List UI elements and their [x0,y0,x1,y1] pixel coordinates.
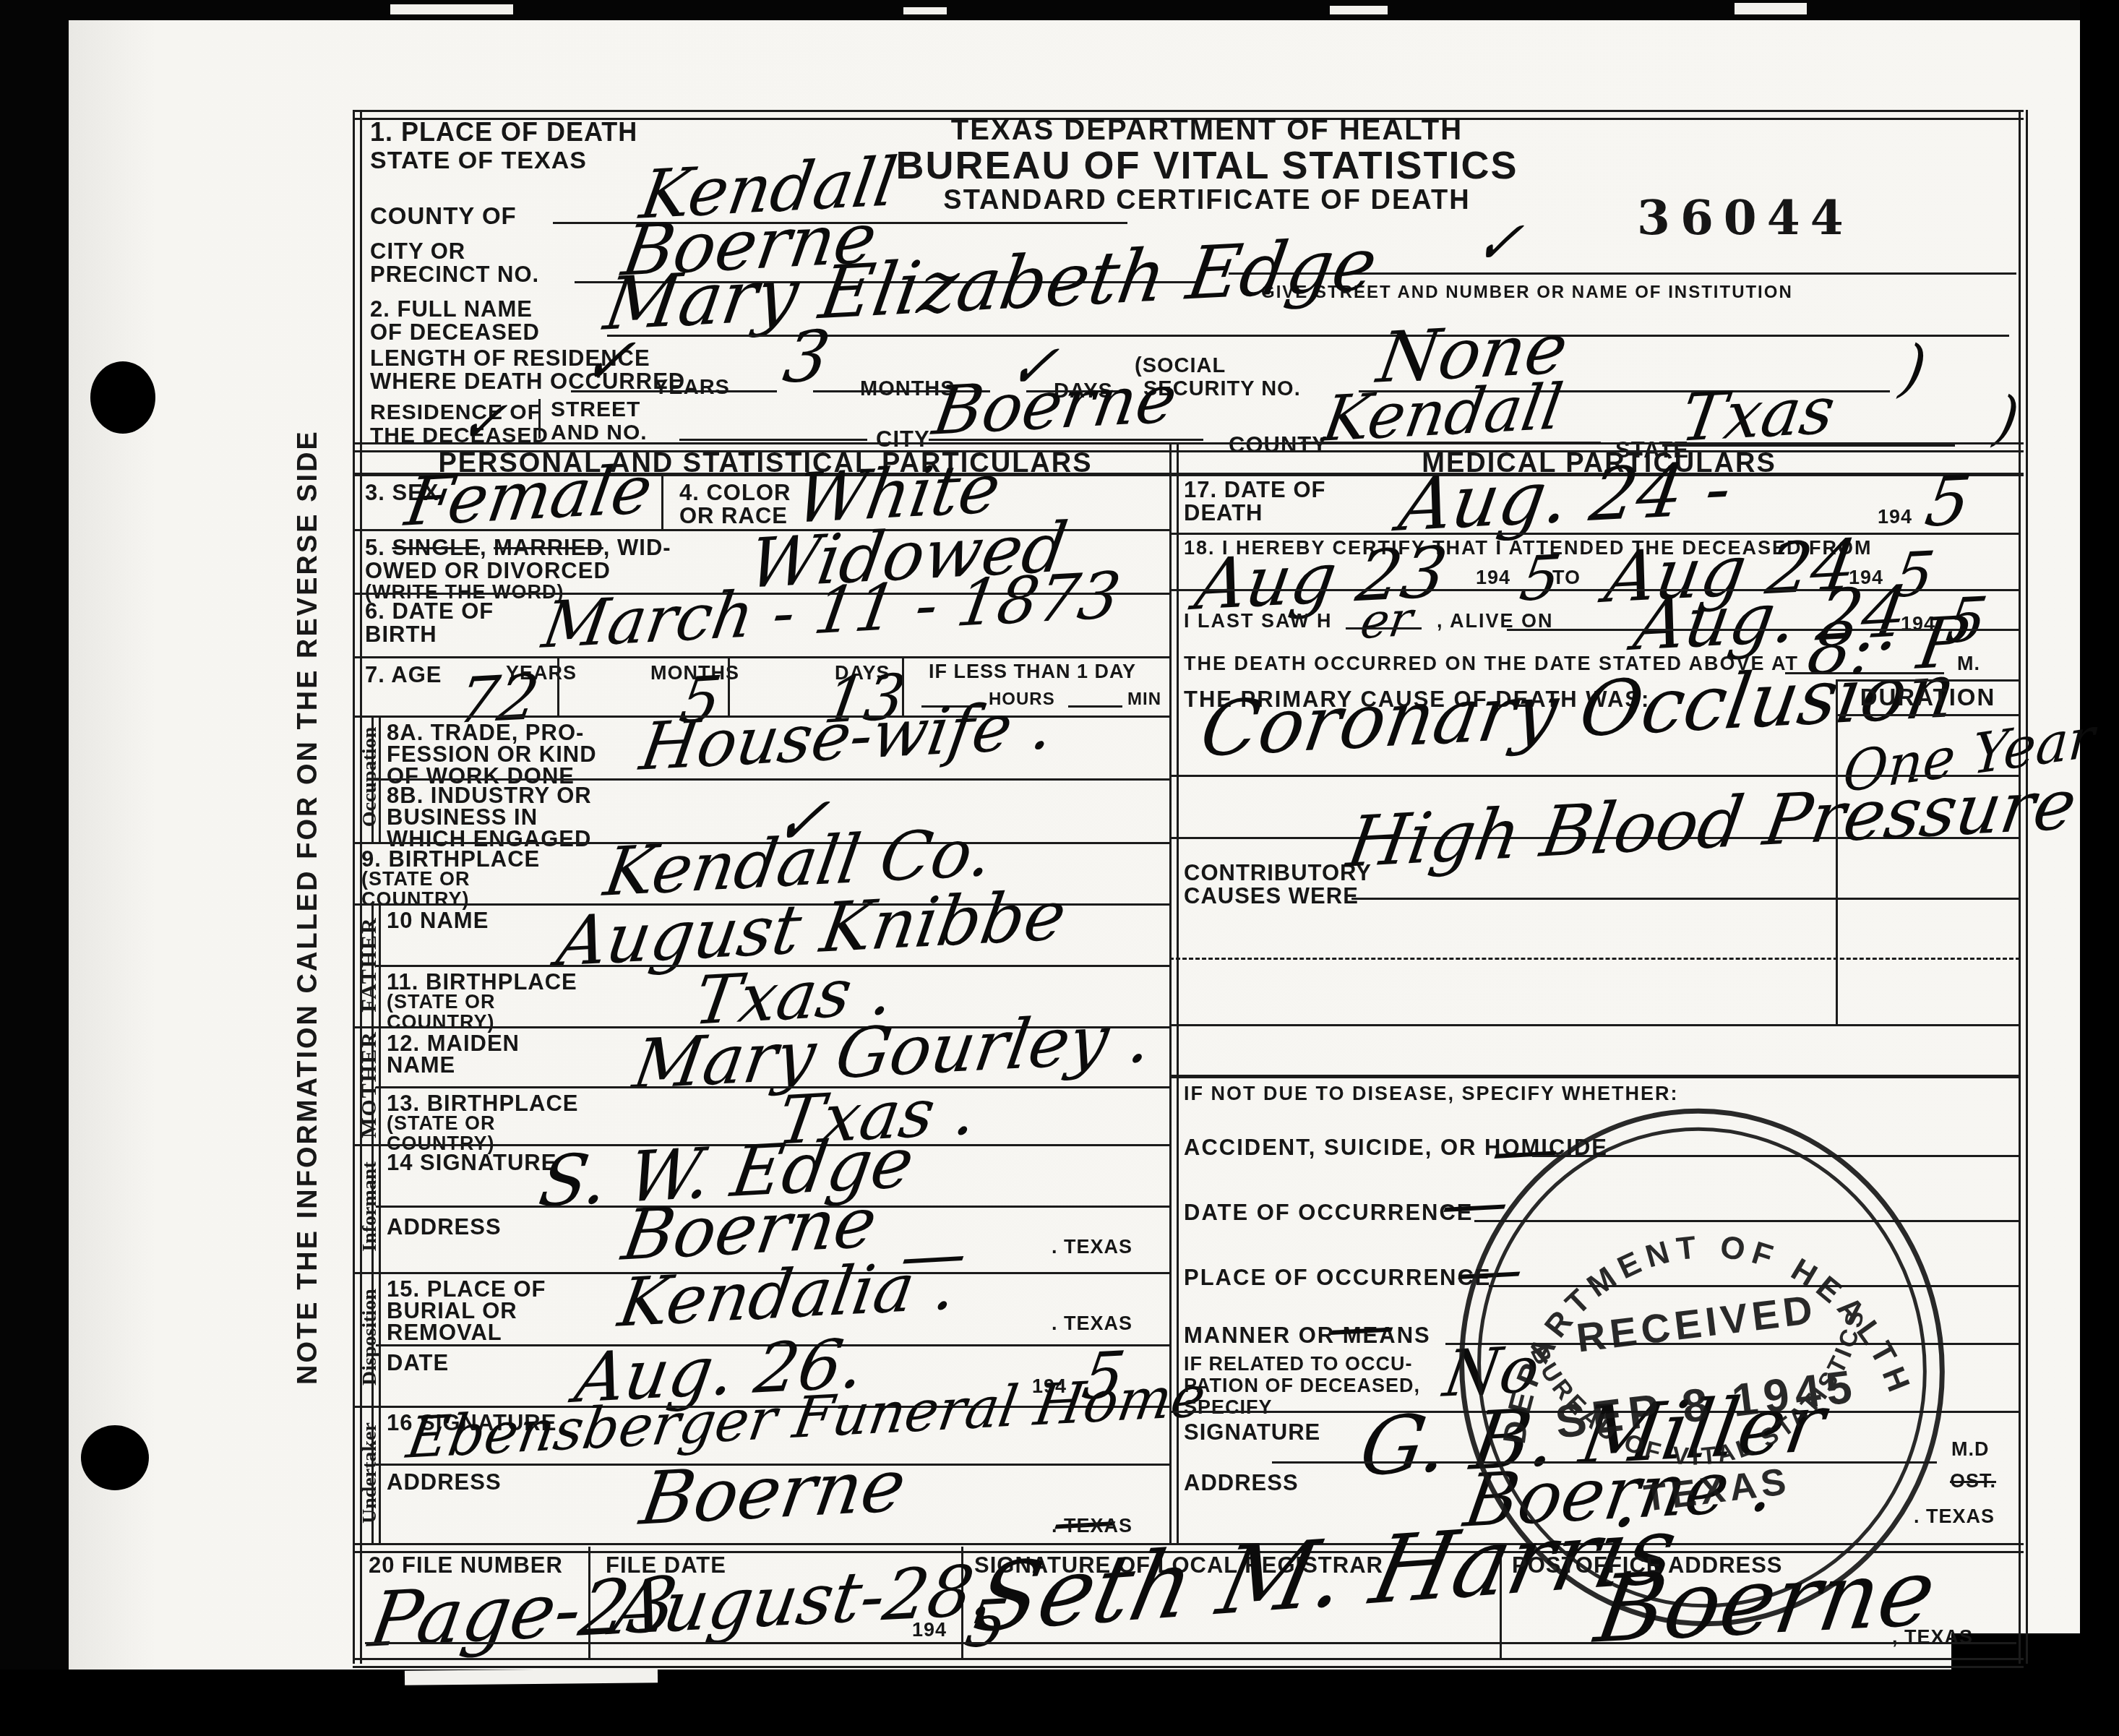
fullname-label2: OF DECEASED [370,321,540,343]
mother-side-label: MOTHER [357,1028,382,1140]
scan-artifact [1330,6,1388,14]
city-or-label: CITY OR [370,240,465,262]
sex-handwriting: Female [401,456,656,536]
ifnot-label: IF NOT DUE TO DISEASE, SPECIFY WHETHER: [1184,1084,1679,1104]
resident-divider [538,399,541,439]
age-divider1 [557,656,559,716]
dept-line2: BUREAU OF VITAL STATISTICS [831,146,1583,185]
manner-dash: — [1324,1291,1401,1362]
burial-label2: BURIAL OR [387,1299,517,1322]
md-signature-label: SIGNATURE [1184,1421,1320,1443]
father-name-label: 10 NAME [387,909,489,932]
industry-label2: BUSINESS IN [387,806,538,828]
street-label2: AND NO. [551,422,648,444]
dept-line3: STANDARD CERTIFICATE OF DEATH [831,186,1583,214]
row-line [376,1086,1169,1088]
dept-line1: TEXAS DEPARTMENT OF HEALTH [831,116,1583,145]
marital-married: MARRIED [494,535,603,560]
dod-year-printed: 194 [1878,507,1912,527]
scan-artifact [405,1668,658,1685]
marital-comma: , [480,535,494,560]
marital-label-prefix: 5. [365,535,392,560]
tick-years: ✓ [578,329,639,393]
father-bp-label3: COUNTRY) [387,1013,495,1032]
res-county-handwriting: Kendall [1319,376,1567,451]
scan-edge-bottom [0,1670,2119,1736]
marital-label-suffix: , WID- [603,535,671,560]
lastsaw-fill-handwriting: er [1357,596,1416,646]
burial-label3: REMOVAL [387,1321,502,1344]
scan-artifact [1735,3,1807,14]
contrib-label2: CAUSES WERE [1184,885,1359,907]
undertaker-side-label: Undertaker [358,1408,382,1538]
form-border-right [2019,110,2028,1664]
reverse-side-note: NOTE THE INFORMATION CALLED FOR ON THE R… [293,401,324,1413]
mother-bp-label2: (STATE OR [387,1114,496,1133]
scan-edge-right [2080,0,2119,1736]
undertaker-address-label: ADDRESS [387,1471,502,1493]
scanned-death-certificate: NOTE THE INFORMATION CALLED FOR ON THE R… [0,0,2119,1736]
fullname-label1: 2. FULL NAME [370,298,533,320]
county-of-label: COUNTY OF [370,204,517,228]
form-border-bottom [353,1658,2024,1668]
m-label: M. [1957,654,1980,674]
dod-label1: 17. DATE OF [1184,478,1325,501]
informant-address-label: ADDRESS [387,1216,502,1238]
age-label: 7. AGE [365,663,442,686]
mother-bp-label1: 13. BIRTHPLACE [387,1092,578,1114]
burial-texas: . TEXAS [1052,1314,1132,1333]
lastsaw-fill-line [1346,627,1422,629]
resident-label1: RESIDENCE OF [370,402,541,424]
occupation-side-label: Occupation [358,719,382,835]
blank-line [1169,958,2020,960]
lastsaw-label1: I LAST SAW H [1184,611,1333,631]
row-line [376,778,1169,781]
place-of-death-label: 1. PLACE OF DEATH [370,119,637,145]
maiden-label1: 12. MAIDEN [387,1032,520,1054]
precinct-label: PRECINCT NO. [370,263,539,285]
row-line [353,656,1169,658]
to-label: TO [1552,568,1581,588]
po-address-handwriting: Boerne [1590,1546,1941,1657]
dod-label2: DEATH [1184,502,1263,524]
row-line [1169,533,2020,535]
street-label1: STREET [551,399,640,421]
occu-label3: SPECIFY [1184,1398,1273,1417]
bottom-writing-line [365,1642,2016,1644]
duration-box-top [1836,679,2020,682]
certificate-number: 36044 [1637,194,1854,241]
res-city-handwriting: Boerne [929,366,1181,445]
occu-label2: PATION OF DECEASED, [1184,1376,1420,1396]
burial-handwriting: Kendalia . [614,1252,961,1337]
trade-label1: 8A. TRADE, PRO- [387,721,584,744]
dob-label2: BIRTH [365,623,437,645]
duration-header-line [1836,714,2020,716]
lastsaw-label2: , ALIVE ON [1437,611,1554,631]
color-label1: 4. COLOR [679,481,791,504]
undertaker-texas: . TEXAS [1052,1516,1132,1536]
hole-punch [81,1425,149,1490]
res-city-line [929,439,1203,441]
blank-line [1169,1024,2020,1026]
sex-color-divider [661,473,663,529]
file-date-year-printed: 194 [912,1620,947,1640]
min-label: MIN [1127,691,1161,708]
maiden-label2: NAME [387,1054,455,1076]
sig14-label: 14 SIGNATURE [387,1151,556,1174]
hole-punch [90,361,155,434]
stamp-date: SEP 8 1945 [1552,1359,1860,1448]
state-of-texas-label: STATE OF TEXAS [370,148,587,173]
marital-label2: OWED OR DIVORCED [365,559,611,582]
scan-artifact [903,7,947,14]
duration-label: DURATION [1839,685,2016,709]
min-line [1068,705,1122,708]
disposition-side-label: Disposition [358,1276,382,1398]
burial-label1: 15. PLACE OF [387,1278,546,1300]
from-year-printed: 194 [1476,568,1510,588]
md-address-label: ADDRESS [1184,1471,1299,1494]
birthplace-label2: (STATE OR [361,869,470,889]
contrib-line [1351,898,2020,900]
scan-artifact [390,4,513,14]
streetno-line [679,439,867,441]
scan-corner [1951,1633,2119,1736]
industry-label1: 8B. INDUSTRY OR [387,784,592,807]
tick-street: ✓ [1471,214,1527,273]
father-bp-label2: (STATE OR [387,992,496,1012]
dob-label1: 6. DATE OF [365,600,494,622]
residence-label2: WHERE DEATH OCCURRED [370,370,685,392]
burial-date-label: DATE [387,1352,449,1374]
informant-texas: . TEXAS [1052,1237,1132,1257]
marital-single: SINGLE [392,535,479,560]
undertaker-address-handwriting: Boerne [636,1449,911,1536]
res-state-handwriting: Txas [1677,378,1839,452]
birthplace-label1: 9. BIRTHPLACE [361,848,540,870]
lessday-label: IF LESS THAN 1 DAY [929,662,1136,682]
occu-label1: IF RELATED TO OCCU- [1184,1354,1413,1374]
years-label: YEARS [654,377,730,398]
trade-label2: FESSION OR KIND [387,743,597,765]
father-bp-label1: 11. BIRTHPLACE [387,971,577,993]
dod-handwriting: Aug. 24 - [1395,452,1736,542]
